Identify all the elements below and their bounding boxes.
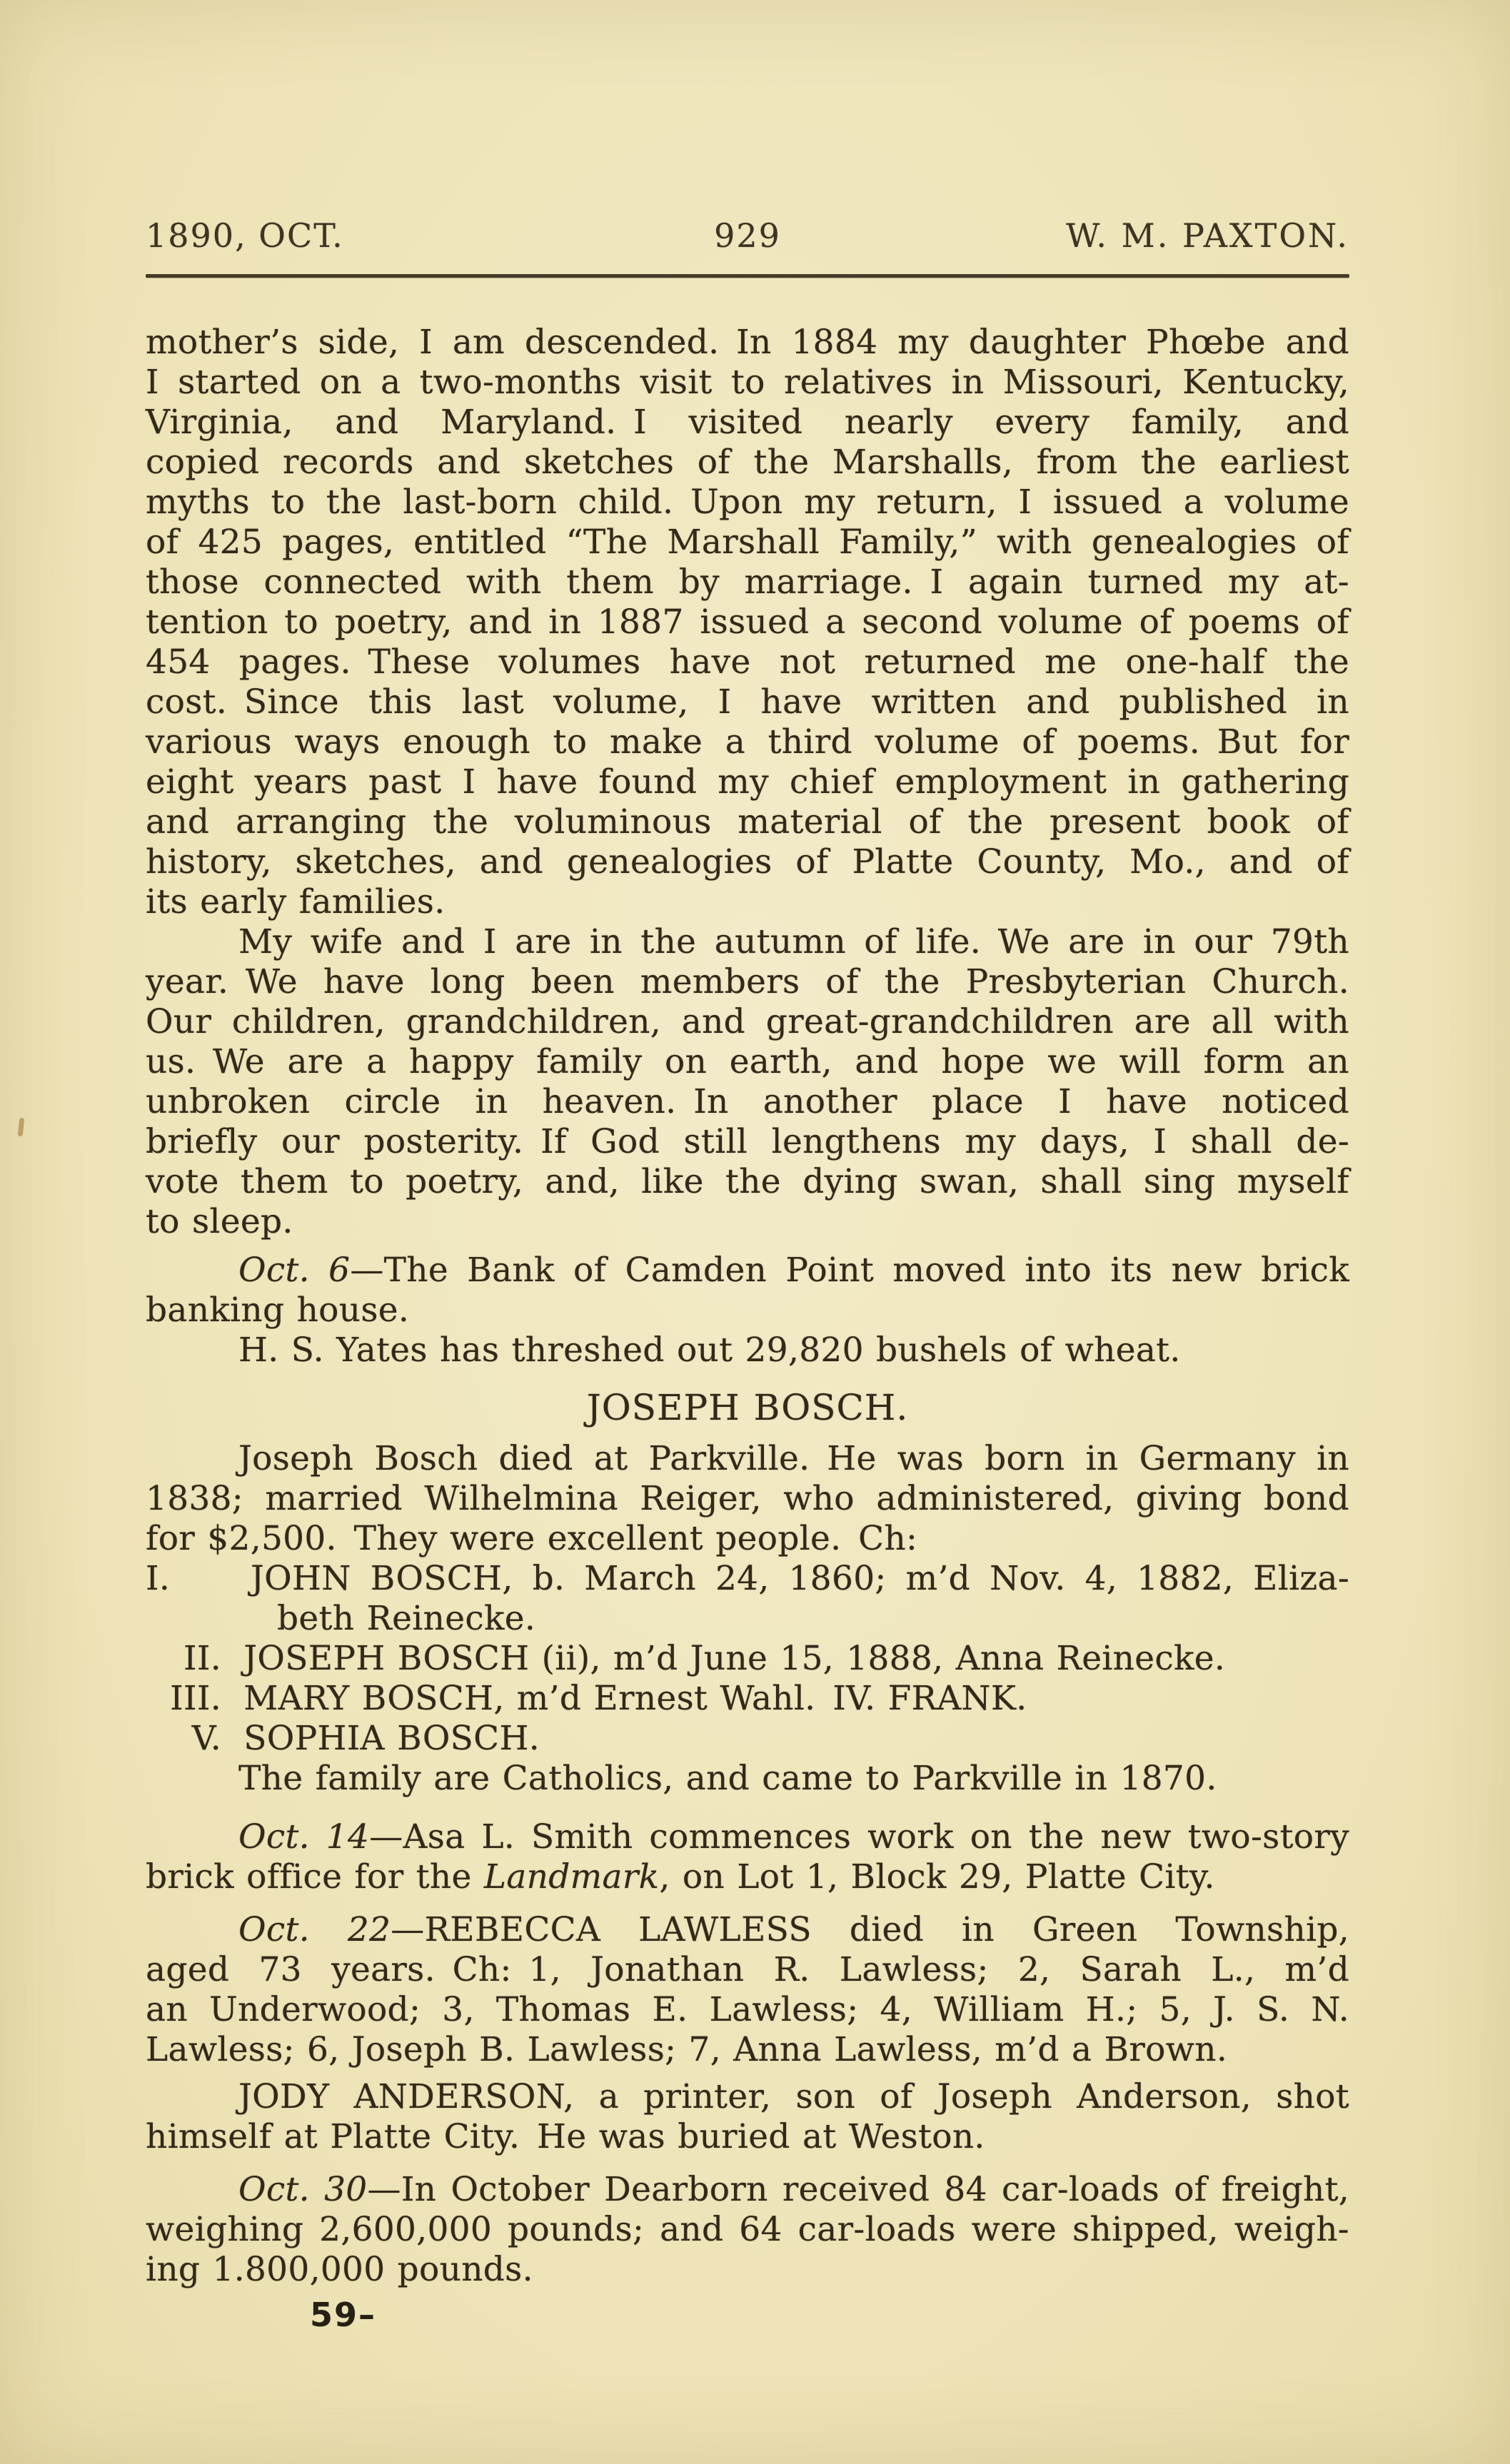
text-line: vote them to poetry, and, like the dying… [146, 1162, 1349, 1202]
text-line: H. S. Yates has threshed out 29,820 bush… [146, 1331, 1349, 1370]
paragraph: I. JOHN BOSCH, b. March 24, 1860; m’d No… [146, 1559, 1349, 1759]
text-line: of 425 pages, entitled “The Marshall Fam… [146, 522, 1349, 562]
text-line: My wife and I are in the autumn of life.… [146, 922, 1349, 962]
text-body: mother’s side, I am descended. In 1884 m… [146, 323, 1349, 2290]
text-line: 1838; married Wilhelmina Reiger, who adm… [146, 1479, 1349, 1519]
text-line: mother’s side, I am descended. In 1884 m… [146, 323, 1349, 363]
paragraph: My wife and I are in the autumn of life.… [146, 922, 1349, 1242]
text-line: JODY ANDERSON, a printer, son of Joseph … [146, 2077, 1349, 2117]
printer-signature-mark: 59– [310, 2296, 376, 2334]
paragraph: mother’s side, I am descended. In 1884 m… [146, 323, 1349, 922]
text-line: those connected with them by marriage. I… [146, 562, 1349, 602]
paragraph: Joseph Bosch died at Parkville. He was b… [146, 1439, 1349, 1559]
section-heading: JOSEPH BOSCH. [146, 1388, 1349, 1428]
paragraph: JODY ANDERSON, a printer, son of Joseph … [146, 2077, 1349, 2157]
text-line: eight years past I have found my chief e… [146, 762, 1349, 802]
text-line: myths to the last-born child. Upon my re… [146, 483, 1349, 522]
text-line: us. We are a happy family on earth, and … [146, 1042, 1349, 1082]
text-line: tention to poetry, and in 1887 issued a … [146, 602, 1349, 642]
running-head: 1890, OCT. 929 W. M. PAXTON. [146, 214, 1349, 257]
text-line: 454 pages. These volumes have not return… [146, 642, 1349, 682]
paragraph: H. S. Yates has threshed out 29,820 bush… [146, 1331, 1349, 1370]
list-numeral: III. [146, 1679, 221, 1719]
text-line: beth Reinecke. [146, 1599, 1349, 1639]
text-line: III. MARY BOSCH, m’d Ernest Wahl. IV. FR… [146, 1679, 1349, 1719]
text-line: Lawless; 6, Joseph B. Lawless; 7, Anna L… [146, 2030, 1349, 2070]
list-numeral: V. [146, 1719, 221, 1759]
header-rule [146, 274, 1349, 278]
text-line: The family are Catholics, and came to Pa… [146, 1759, 1349, 1799]
text-line: banking house. [146, 1291, 1349, 1331]
text-line: year. We have long been members of the P… [146, 962, 1349, 1002]
text-line: cost. Since this last volume, I have wri… [146, 682, 1349, 722]
text-line: for $2,500. They were excellent people. … [146, 1519, 1349, 1559]
text-line: himself at Platte City. He was buried at… [146, 2117, 1349, 2157]
paragraph: Oct. 14—Asa L. Smith commences work on t… [146, 1817, 1349, 1897]
text-line: briefly our posterity. If God still leng… [146, 1122, 1349, 1162]
text-line: V. SOPHIA BOSCH. [146, 1719, 1349, 1759]
list-numeral: II. [146, 1639, 221, 1679]
text-line: aged 73 years. Ch: 1, Jonathan R. Lawles… [146, 1950, 1349, 1990]
text-line: weighing 2,600,000 pounds; and 64 car-lo… [146, 2210, 1349, 2250]
text-line: and arranging the voluminous material of… [146, 802, 1349, 842]
list-numeral: I. [146, 1559, 221, 1599]
paragraph: Oct. 30—In October Dearborn received 84 … [146, 2170, 1349, 2290]
text-line: Oct. 30—In October Dearborn received 84 … [146, 2170, 1349, 2210]
text-line: Oct. 6—The Bank of Camden Point moved in… [146, 1251, 1349, 1291]
header-author: W. M. PAXTON. [1066, 214, 1349, 257]
book-page: 1890, OCT. 929 W. M. PAXTON. mother’s si… [0, 0, 1510, 2464]
text-line: unbroken circle in heaven. In another pl… [146, 1082, 1349, 1122]
text-line: its early families. [146, 882, 1349, 922]
text-line: an Underwood; 3, Thomas E. Lawless; 4, W… [146, 1990, 1349, 2030]
text-line: history, sketches, and genealogies of Pl… [146, 842, 1349, 882]
text-line: various ways enough to make a third volu… [146, 722, 1349, 762]
text-line: brick office for the Landmark, on Lot 1,… [146, 1857, 1349, 1897]
text-line: Joseph Bosch died at Parkville. He was b… [146, 1439, 1349, 1479]
paper-speck [18, 1118, 25, 1137]
text-line: I. JOHN BOSCH, b. March 24, 1860; m’d No… [146, 1559, 1349, 1599]
text-line: I started on a two-months visit to relat… [146, 363, 1349, 403]
text-line: Our children, grandchildren, and great-g… [146, 1002, 1349, 1042]
paragraph: Oct. 6—The Bank of Camden Point moved in… [146, 1251, 1349, 1331]
text-line: Oct. 14—Asa L. Smith commences work on t… [146, 1817, 1349, 1857]
paragraph: Oct. 22—REBECCA LAWLESS died in Green To… [146, 1910, 1349, 2070]
text-line: II. JOSEPH BOSCH (ii), m’d June 15, 1888… [146, 1639, 1349, 1679]
paragraph: The family are Catholics, and came to Pa… [146, 1759, 1349, 1799]
text-line: Virginia, and Maryland. I visited nearly… [146, 403, 1349, 443]
text-line: Oct. 22—REBECCA LAWLESS died in Green To… [146, 1910, 1349, 1950]
text-line: copied records and sketches of the Marsh… [146, 443, 1349, 483]
text-line: to sleep. [146, 1202, 1349, 1242]
text-line: ing 1.800,000 pounds. [146, 2250, 1349, 2290]
